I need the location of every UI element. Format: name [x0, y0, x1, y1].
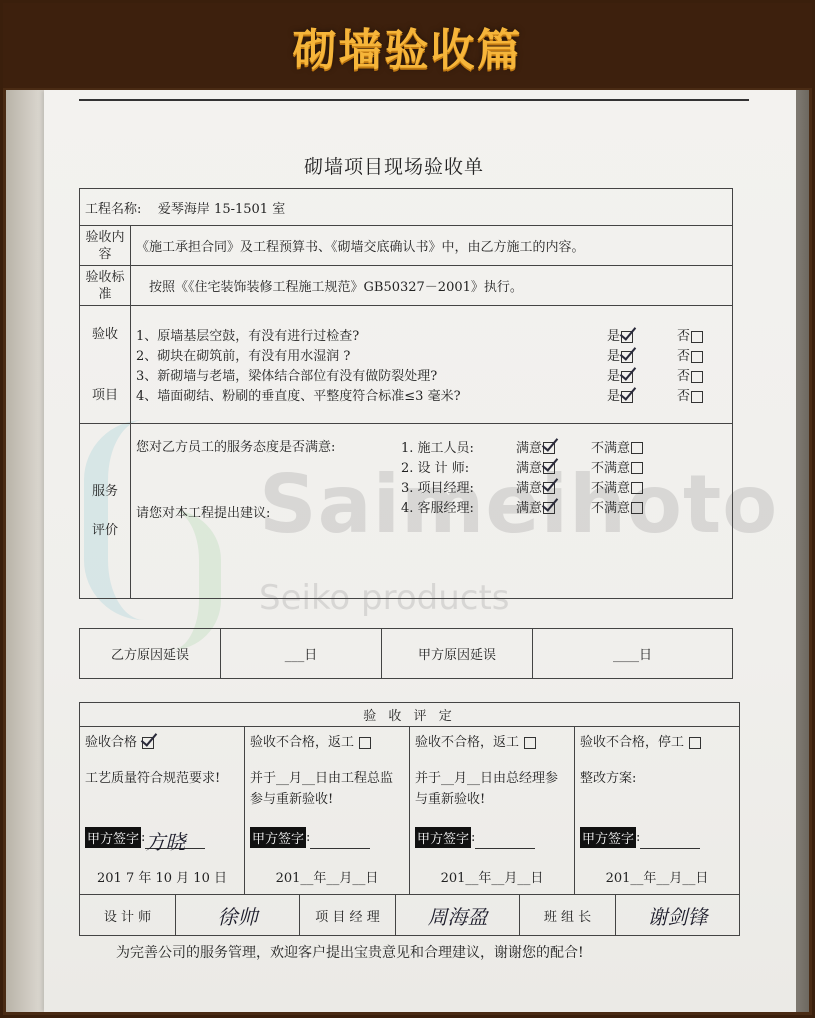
inspection-item-text: 2、砌块在砌筑前，有没有用水湿润 ? — [136, 345, 607, 364]
role-name: 4. 客服经理: — [401, 497, 516, 516]
top-rule — [79, 99, 749, 101]
project-label: 工程名称: — [85, 202, 141, 217]
yes-checkbox[interactable] — [621, 351, 633, 363]
evaluation-checkbox[interactable] — [689, 737, 701, 749]
no-option[interactable]: 否 — [677, 385, 727, 404]
sign-label: 甲方签字 — [415, 827, 471, 848]
evaluation-date[interactable]: 201__年__月__日 — [415, 867, 569, 886]
no-option[interactable]: 否 — [677, 365, 727, 384]
sign-label: 甲方签字 — [580, 827, 636, 848]
satisfied-option[interactable]: 满意 — [516, 457, 591, 476]
evaluation-option[interactable]: 验收合格 — [85, 731, 239, 750]
role-name: 1. 施工人员: — [401, 437, 516, 456]
party-a-delay-label: 甲方原因延误 — [382, 629, 533, 679]
banner-title: 砌墙验收篇 — [293, 14, 523, 78]
inspection-item: 3、新砌墙与老墙，梁体结合部位有没有做防裂处理?是否 — [136, 365, 727, 385]
evaluation-column: 验收不合格，返工 并于__月__日由工程总监参与重新验收!甲方签字:201__年… — [245, 727, 410, 895]
evaluation-checkbox[interactable] — [524, 737, 536, 749]
signature-field[interactable] — [310, 826, 370, 849]
yes-checkbox[interactable] — [621, 391, 633, 403]
yes-checkbox[interactable] — [621, 331, 633, 343]
inspection-item: 2、砌块在砌筑前，有没有用水湿润 ?是否 — [136, 345, 727, 365]
service-label: 服务 评价 — [80, 424, 131, 599]
form-title: 砌墙项目现场验收单 — [44, 152, 744, 179]
acceptance-table: 工程名称: 爱琴海岸 15-1501 室 验收内容 《施工承担合同》及工程预算书… — [79, 188, 733, 599]
yes-option[interactable]: 是 — [607, 345, 677, 364]
yes-checkbox[interactable] — [621, 371, 633, 383]
satisfied-checkbox[interactable] — [543, 462, 555, 474]
evaluation-column: 验收不合格，停工 整改方案:甲方签字:201__年__月__日 — [575, 727, 740, 895]
signature-name[interactable]: 周海盈 — [396, 895, 520, 935]
service-role-row: 4. 客服经理:满意不满意 — [401, 496, 643, 516]
content-label: 验收内容 — [80, 226, 131, 266]
signature-field[interactable]: 方晓 — [145, 826, 205, 849]
unsatisfied-option[interactable]: 不满意 — [591, 457, 643, 476]
unsatisfied-checkbox[interactable] — [631, 482, 643, 494]
standard-label: 验收标准 — [80, 266, 131, 306]
no-checkbox[interactable] — [691, 351, 703, 363]
unsatisfied-option[interactable]: 不满意 — [591, 477, 643, 496]
evaluation-checkbox[interactable] — [359, 737, 371, 749]
items-list: 1、原墙基层空鼓，有没有进行过检查?是否2、砌块在砌筑前，有没有用水湿润 ?是否… — [131, 306, 733, 424]
evaluation-date[interactable]: 201 7 年 10 月 10 日 — [85, 867, 239, 886]
no-option[interactable]: 否 — [677, 325, 727, 344]
inspection-item: 4、墙面砌结、粉刷的垂直度、平整度符合标准≤3 毫米?是否 — [136, 385, 727, 405]
signature-role: 班 组 长 — [520, 895, 616, 935]
no-checkbox[interactable] — [691, 331, 703, 343]
service-cell: 您对乙方员工的服务态度是否满意:1. 施工人员:满意不满意2. 设 计 师:满意… — [131, 424, 733, 599]
evaluation-body: 并于__月__日由工程总监参与重新验收! — [250, 768, 404, 812]
party-a-delay-value[interactable]: ____日 — [533, 629, 733, 679]
role-name: 3. 项目经理: — [401, 477, 516, 496]
unsatisfied-option[interactable]: 不满意 — [591, 497, 643, 516]
no-option[interactable]: 否 — [677, 345, 727, 364]
evaluation-option[interactable]: 验收不合格，返工 — [250, 731, 404, 750]
unsatisfied-checkbox[interactable] — [631, 462, 643, 474]
signature-role: 设 计 师 — [80, 895, 176, 935]
evaluation-column: 验收合格 工艺质量符合规范要求!甲方签字:方晓201 7 年 10 月 10 日 — [80, 727, 245, 895]
satisfied-option[interactable]: 满意 — [516, 437, 591, 456]
satisfied-option[interactable]: 满意 — [516, 497, 591, 516]
signature-field[interactable] — [640, 826, 700, 849]
standard-value: 按照《《住宅装饰装修工程施工规范》GB50327－2001》执行。 — [131, 266, 733, 306]
evaluation-option[interactable]: 验收不合格，返工 — [415, 731, 569, 750]
evaluation-date[interactable]: 201__年__月__日 — [250, 867, 404, 886]
footer-note: 为完善公司的服务管理，欢迎客户提出宝贵意见和合理建议，谢谢您的配合! — [116, 942, 736, 962]
evaluation-column: 验收不合格，返工 并于__月__日由总经理参与重新验收!甲方签字:201__年_… — [410, 727, 575, 895]
inspection-item-text: 4、墙面砌结、粉刷的垂直度、平整度符合标准≤3 毫米? — [136, 385, 607, 404]
banner: 砌墙验收篇 — [3, 3, 812, 88]
inspection-item-text: 1、原墙基层空鼓，有没有进行过检查? — [136, 325, 607, 344]
yes-option[interactable]: 是 — [607, 325, 677, 344]
inspection-item: 1、原墙基层空鼓，有没有进行过检查?是否 — [136, 325, 727, 345]
evaluation-checkbox[interactable] — [142, 737, 154, 749]
project-value: 爱琴海岸 15-1501 室 — [158, 202, 285, 217]
evaluation-body: 并于__月__日由总经理参与重新验收! — [415, 768, 569, 812]
satisfied-checkbox[interactable] — [543, 482, 555, 494]
content-value: 《施工承担合同》及工程预算书、《砌墙交底确认书》中，由乙方施工的内容。 — [131, 226, 733, 266]
signature-field[interactable] — [475, 826, 535, 849]
document-photo: 砌墙项目现场验收单 Saimeihoto Seiko products 工程名称… — [6, 90, 809, 1012]
satisfied-checkbox[interactable] — [543, 442, 555, 454]
signature-name[interactable]: 谢剑锋 — [616, 895, 739, 935]
no-checkbox[interactable] — [691, 391, 703, 403]
satisfied-option[interactable]: 满意 — [516, 477, 591, 496]
service-role-row: 1. 施工人员:满意不满意 — [401, 436, 643, 456]
form-page: 砌墙项目现场验收单 Saimeihoto Seiko products 工程名称… — [44, 90, 796, 1012]
unsatisfied-option[interactable]: 不满意 — [591, 437, 643, 456]
satisfied-checkbox[interactable] — [543, 502, 555, 514]
service-role-row: 2. 设 计 师:满意不满意 — [401, 456, 643, 476]
inspection-item-text: 3、新砌墙与老墙，梁体结合部位有没有做防裂处理? — [136, 365, 607, 384]
service-role-row: 3. 项目经理:满意不满意 — [401, 476, 643, 496]
unsatisfied-checkbox[interactable] — [631, 502, 643, 514]
no-checkbox[interactable] — [691, 371, 703, 383]
evaluation-header: 验 收 评 定 — [80, 703, 740, 727]
project-row: 工程名称: 爱琴海岸 15-1501 室 — [80, 189, 733, 226]
evaluation-body: 整改方案: — [580, 768, 734, 812]
sign-label: 甲方签字 — [250, 827, 306, 848]
evaluation-date[interactable]: 201__年__月__日 — [580, 867, 734, 886]
signature-row: 设 计 师徐帅项 目 经 理周海盈班 组 长谢剑锋 — [80, 895, 740, 936]
evaluation-option[interactable]: 验收不合格，停工 — [580, 731, 734, 750]
party-b-delay-label: 乙方原因延误 — [80, 629, 221, 679]
signature-name[interactable]: 徐帅 — [176, 895, 300, 935]
party-b-delay-value[interactable]: ___日 — [221, 629, 382, 679]
yes-option[interactable]: 是 — [607, 385, 677, 404]
evaluation-body: 工艺质量符合规范要求! — [85, 768, 239, 812]
evaluation-table: 验 收 评 定 验收合格 工艺质量符合规范要求!甲方签字:方晓201 7 年 1… — [79, 702, 740, 936]
yes-option[interactable]: 是 — [607, 365, 677, 384]
items-label: 验收 项目 — [80, 306, 131, 424]
role-name: 2. 设 计 师: — [401, 457, 516, 476]
sign-label: 甲方签字 — [85, 827, 141, 848]
delay-table: 乙方原因延误 ___日 甲方原因延误 ____日 — [79, 628, 733, 679]
signature-role: 项 目 经 理 — [300, 895, 396, 935]
unsatisfied-checkbox[interactable] — [631, 442, 643, 454]
